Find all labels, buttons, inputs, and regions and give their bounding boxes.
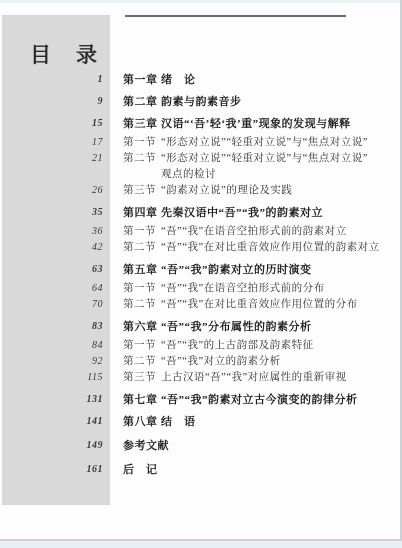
entry-label: 第一节 (123, 281, 161, 297)
entry-label: 第一节 (123, 224, 161, 240)
entry-title: 汉语“‘吾’轻‘我’重”现象的发现与解释 (161, 118, 351, 130)
entry-text: 第三节“韵素对立说”的理论及实践 (123, 183, 400, 199)
entry-label: 第二节 (123, 151, 161, 167)
entry-label: 第七章 (123, 392, 161, 408)
toc-entry: 92第二节“吾”“我”对立的韵素分析 (0, 354, 400, 370)
toc-entry: 83第六章“吾”“我”分布属性的韵素分析 (0, 319, 400, 335)
entry-title: “吾”“我”在对比重音效应作用位置的分布 (161, 299, 358, 310)
toc-entry: 35第四章先秦汉语中“吾”“我”的韵素对立 (0, 205, 400, 221)
toc-entry: 64第一节“吾”“我”在语音空拍形式前的分布 (0, 281, 400, 297)
entry-page-number: 92 (0, 354, 103, 370)
toc-entry: 1第一章绪 论 (0, 72, 400, 88)
entry-text: 第五章“吾”“我”韵素对立的历时演变 (123, 262, 400, 278)
entry-title: “吾”“我”韵素对立古今演变的韵律分析 (161, 394, 358, 406)
toc-entry: 9第二章韵素与韵素音步 (0, 94, 400, 110)
entry-text: 第三章汉语“‘吾’轻‘我’重”现象的发现与解释 (123, 116, 400, 132)
entry-title: “吾”“我”在对比重音效应作用位置的韵素对立 (161, 242, 380, 253)
toc-entry: 131第七章“吾”“我”韵素对立古今演变的韵律分析 (0, 392, 400, 408)
entry-page-number: 131 (0, 392, 103, 408)
entry-page-number: 141 (0, 414, 103, 430)
entry-text: 参考文献 (123, 438, 400, 454)
entry-title: “形态对立说”“轻重对立说”与“焦点对立说” (161, 137, 368, 148)
toc-header-rule (125, 15, 346, 17)
toc-entry: 42第二节“吾”“我”在对比重音效应作用位置的韵素对立 (0, 240, 400, 256)
entry-page-number: 35 (0, 205, 103, 221)
entry-page-number: 42 (0, 240, 103, 256)
entry-title: 结 语 (161, 416, 196, 428)
entry-label: 参考文献 (123, 438, 169, 454)
toc-entry: 141第八章结 语 (0, 414, 400, 430)
entry-text: 第一章绪 论 (123, 72, 400, 88)
entry-title: “吾”“我”韵素对立的历时演变 (161, 264, 312, 276)
entry-text: 第一节“吾”“我”在语音空拍形式前的韵素对立 (123, 224, 400, 240)
entry-label: 第六章 (123, 319, 161, 335)
entry-label: 第二节 (123, 297, 161, 313)
page-title: 目 录 (30, 39, 99, 69)
toc-entry: 84第一节“吾”“我”的上古韵部及韵素特征 (0, 338, 400, 354)
entry-title: 韵素与韵素音步 (161, 96, 242, 108)
book-page: 目 录 1第一章绪 论9第二章韵素与韵素音步15第三章汉语“‘吾’轻‘我’重”现… (0, 0, 402, 548)
entry-title: 上古汉语“吾”“我”对应属性的重新审视 (161, 372, 347, 383)
entry-text: 第一节“吾”“我”在语音空拍形式前的分布 (123, 281, 400, 297)
entry-text: 第二节“形态对立说”“轻重对立说”与“焦点对立说” 观点的检讨 (123, 151, 400, 183)
entry-label: 第二章 (123, 94, 161, 110)
toc-entry: 15第三章汉语“‘吾’轻‘我’重”现象的发现与解释 (0, 116, 400, 132)
toc-list: 1第一章绪 论9第二章韵素与韵素音步15第三章汉语“‘吾’轻‘我’重”现象的发现… (0, 66, 400, 478)
entry-page-number: 115 (0, 370, 103, 386)
entry-label: 第三节 (123, 370, 161, 386)
entry-page-number: 26 (0, 183, 103, 199)
entry-label: 第二节 (123, 354, 161, 370)
entry-text: 第三节上古汉语“吾”“我”对应属性的重新审视 (123, 370, 400, 386)
entry-page-number: 36 (0, 224, 103, 240)
entry-text: 第二节“吾”“我”在对比重音效应作用位置的韵素对立 (123, 240, 400, 256)
entry-label: 第三章 (123, 116, 161, 132)
page-edge-top (0, 0, 402, 3)
entry-page-number: 84 (0, 338, 103, 354)
entry-title: 绪 论 (161, 74, 196, 86)
entry-title: “吾”“我”分布属性的韵素分析 (161, 321, 312, 333)
entry-title: “形态对立说”“轻重对立说”与“焦点对立说” 观点的检讨 (161, 153, 368, 180)
toc-entry: 149参考文献 (0, 438, 400, 454)
entry-page-number: 17 (0, 135, 103, 151)
entry-label: 第一章 (123, 72, 161, 88)
entry-page-number: 64 (0, 281, 103, 297)
toc-entry: 115第三节上古汉语“吾”“我”对应属性的重新审视 (0, 370, 400, 386)
entry-label: 第四章 (123, 205, 161, 221)
entry-text: 第八章结 语 (123, 414, 400, 430)
entry-text: 第二章韵素与韵素音步 (123, 94, 400, 110)
entry-page-number: 70 (0, 297, 103, 313)
entry-label: 第二节 (123, 240, 161, 256)
entry-page-number: 149 (0, 438, 103, 454)
entry-text: 第四章先秦汉语中“吾”“我”的韵素对立 (123, 205, 400, 221)
toc-entry: 21第二节“形态对立说”“轻重对立说”与“焦点对立说” 观点的检讨 (0, 151, 400, 183)
toc-entry: 17第一节“形态对立说”“轻重对立说”与“焦点对立说” (0, 135, 400, 151)
entry-text: 第七章“吾”“我”韵素对立古今演变的韵律分析 (123, 392, 400, 408)
entry-text: 第一节“吾”“我”的上古韵部及韵素特征 (123, 338, 400, 354)
entry-page-number: 21 (0, 151, 103, 167)
entry-title: “吾”“我”在语音空拍形式前的分布 (161, 283, 325, 294)
entry-label: 第三节 (123, 183, 161, 199)
entry-title: 先秦汉语中“吾”“我”的韵素对立 (161, 207, 323, 219)
entry-text: 第一节“形态对立说”“轻重对立说”与“焦点对立说” (123, 135, 400, 151)
toc-entry: 161后 记 (0, 462, 400, 478)
toc-entry: 26第三节“韵素对立说”的理论及实践 (0, 183, 400, 199)
entry-label: 第八章 (123, 414, 161, 430)
entry-page-number: 63 (0, 262, 103, 278)
entry-title: “吾”“我”对立的韵素分析 (161, 356, 281, 367)
entry-title: “韵素对立说”的理论及实践 (161, 185, 292, 196)
entry-page-number: 9 (0, 94, 103, 110)
entry-page-number: 15 (0, 116, 103, 132)
entry-text: 后 记 (123, 462, 400, 478)
entry-page-number: 161 (0, 462, 103, 478)
entry-title: “吾”“我”在语音空拍形式前的韵素对立 (161, 226, 347, 237)
entry-text: 第二节“吾”“我”在对比重音效应作用位置的分布 (123, 297, 400, 313)
entry-text: 第二节“吾”“我”对立的韵素分析 (123, 354, 400, 370)
entry-label: 第一节 (123, 338, 161, 354)
toc-entry: 36第一节“吾”“我”在语音空拍形式前的韵素对立 (0, 224, 400, 240)
entry-page-number: 1 (0, 72, 103, 88)
entry-text: 第六章“吾”“我”分布属性的韵素分析 (123, 319, 400, 335)
entry-title: “吾”“我”的上古韵部及韵素特征 (161, 340, 314, 351)
entry-label: 后 记 (123, 462, 158, 478)
toc-entry: 63第五章“吾”“我”韵素对立的历时演变 (0, 262, 400, 278)
entry-label: 第五章 (123, 262, 161, 278)
entry-label: 第一节 (123, 135, 161, 151)
entry-page-number: 83 (0, 319, 103, 335)
toc-entry: 70第二节“吾”“我”在对比重音效应作用位置的分布 (0, 297, 400, 313)
page-edge-bottom (0, 539, 402, 548)
